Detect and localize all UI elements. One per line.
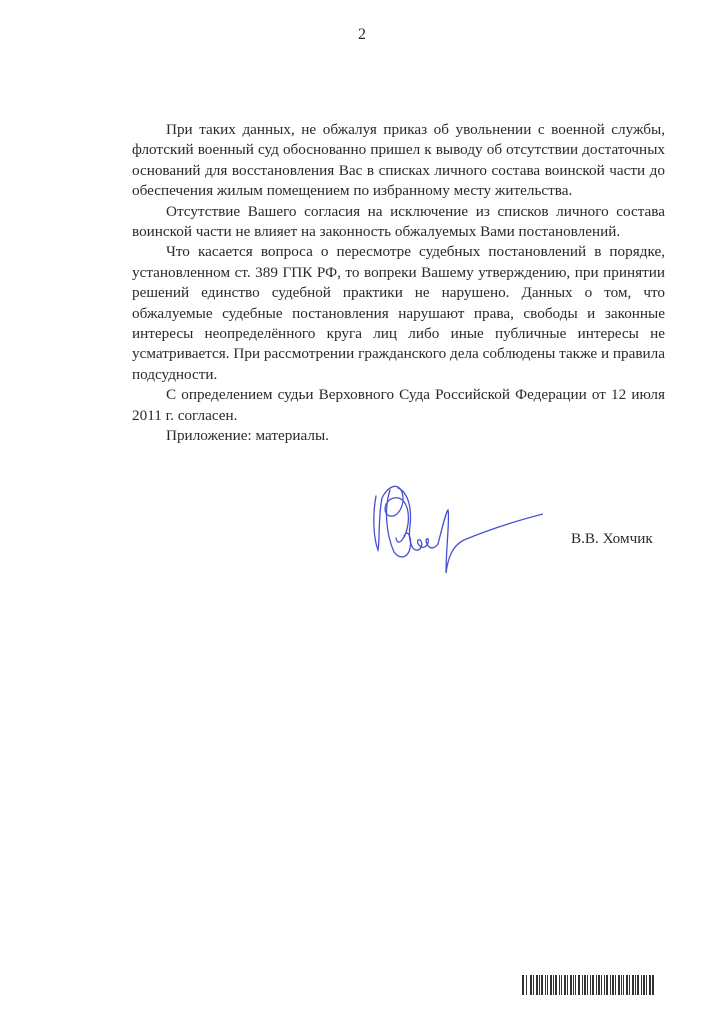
letter-body: При таких данных, не обжалуя приказ об у…: [132, 120, 665, 447]
barcode-icon: [522, 975, 684, 995]
paragraph-review: Что касается вопроса о пересмотре судебн…: [132, 242, 665, 385]
paragraph-dismissal: При таких данных, не обжалуя приказ об у…: [132, 120, 665, 202]
paragraph-agreement: С определением судьи Верховного Суда Рос…: [132, 385, 665, 426]
handwritten-signature-icon: [368, 478, 543, 588]
paragraph-consent: Отсутствие Вашего согласия на исключение…: [132, 202, 665, 243]
signer-name: В.В. Хомчик: [571, 530, 653, 548]
paragraph-attachment: Приложение: материалы.: [132, 426, 665, 446]
page-number: 2: [0, 26, 724, 44]
